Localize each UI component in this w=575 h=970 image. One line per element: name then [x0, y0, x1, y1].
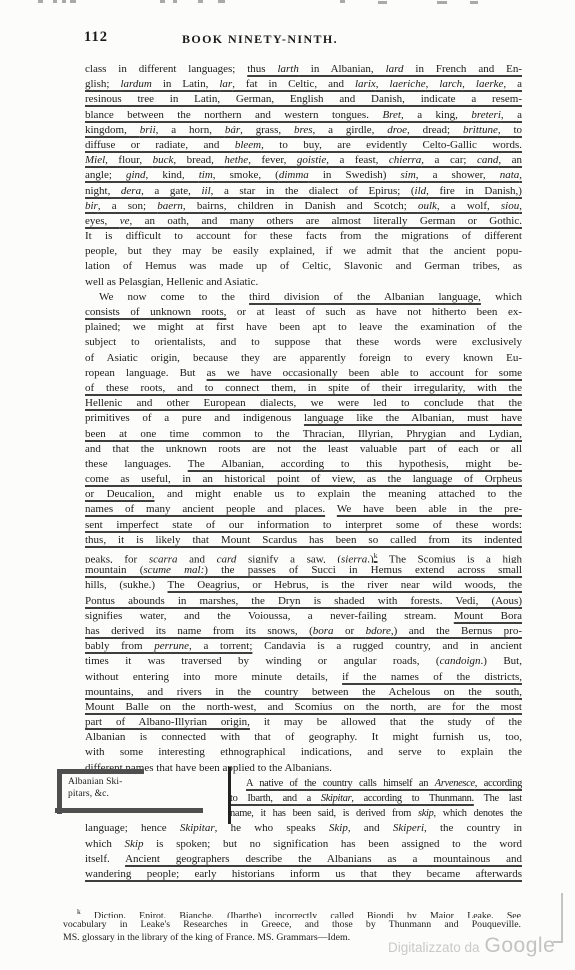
text-segment: , a — [501, 109, 522, 121]
text-segment: angle; — [85, 169, 126, 181]
text-line: consists of unknown roots, or at least o… — [85, 305, 522, 320]
text-segment: as we have occasionally been able to acc… — [207, 367, 522, 379]
text-segment: scarra — [149, 554, 178, 564]
text-segment: Ancient geographers describe the Albania… — [125, 853, 522, 865]
text-segment: chierra — [389, 154, 421, 166]
text-segment: , a girdle, — [313, 124, 388, 136]
text-segment: of these roots, and to connect them, in … — [85, 382, 522, 394]
text-segment: sim — [400, 169, 415, 181]
text-segment: signify a saw, ( — [236, 554, 341, 564]
scan-artifact — [218, 0, 225, 3]
text-segment: name, it has been said, is derived from — [230, 808, 418, 819]
text-segment: , fever, — [248, 154, 297, 166]
text-segment: ild — [415, 185, 427, 197]
scan-edge-mark — [553, 941, 563, 943]
scan-artifact — [160, 0, 165, 3]
text-segment: itself. — [85, 853, 125, 865]
text-segment: primitives of a pure and indigenous — [85, 412, 304, 424]
text-segment: , the country in — [424, 822, 522, 834]
body-text-block: class in different languages; thus larth… — [85, 62, 522, 882]
text-line: Miel, flour, buck, bread, hethe, fever, … — [85, 153, 522, 168]
text-segment: hills, (sukhe.) — [85, 579, 168, 591]
text-line: mountain (scume mal:) the passes of Succ… — [85, 563, 522, 578]
text-segment: signifies water, and the Voioussa, a nev… — [85, 610, 454, 622]
text-segment: laerke — [476, 78, 503, 90]
text-line: people, but they may be easily explained… — [85, 244, 522, 259]
text-segment: in Latin, — [152, 78, 220, 90]
text-line: diffuse or radiate, and bleem, to buy, a… — [85, 138, 522, 153]
text-segment: , — [426, 78, 440, 90]
text-line: hills, (sukhe.) The Oeagrius, or Hebrus,… — [85, 578, 522, 593]
text-segment: dera — [121, 185, 141, 197]
text-line: mountains, and rivers in the country bet… — [85, 685, 522, 700]
text-segment: bleem — [235, 139, 261, 151]
text-segment: bora — [313, 625, 334, 637]
text-segment: night, — [85, 185, 121, 197]
text-segment: cand — [477, 154, 498, 166]
text-line: well as Pelasgian, Hellenic and Asiatic. — [85, 275, 522, 290]
scan-edge-mark — [561, 893, 563, 943]
margin-note-line: pitars, &c. — [68, 789, 122, 801]
text-segment: resinous tree in Latin, German, English … — [85, 93, 522, 105]
text-line: different names that have been applied t… — [85, 761, 522, 776]
text-segment: , a feast, — [326, 154, 389, 166]
text-line: subject to orientalists, and to suppose … — [85, 335, 522, 350]
text-segment: come as useful, in an historical point o… — [85, 473, 522, 485]
text-segment: , an — [498, 154, 522, 166]
text-segment: droe — [387, 124, 407, 136]
text-segment: kingdom, — [85, 124, 140, 136]
text-segment: it may be allowed that the study of the — [250, 716, 522, 728]
text-segment: , a king, — [401, 109, 471, 121]
text-segment: .) But, — [481, 655, 522, 667]
text-segment: hethe — [224, 154, 248, 166]
text-segment: bres — [294, 124, 313, 136]
margin-note-line: Albanian Ski- — [68, 777, 122, 789]
text-segment: ve — [120, 215, 130, 227]
text-segment: Skipitar — [180, 822, 215, 834]
text-line: or Deucalion, and might enable us to exp… — [85, 487, 522, 502]
text-segment: The Scomius is a high — [377, 554, 522, 564]
text-segment: perrune — [154, 640, 189, 652]
text-segment: , to — [498, 124, 522, 136]
text-segment: tim — [199, 169, 213, 181]
text-line: of Asiatic origin, because they are appa… — [85, 351, 522, 366]
text-line: It is difficult to account for these fac… — [85, 229, 522, 244]
text-segment: lardum — [120, 78, 151, 90]
text-line: signifies water, and the Voioussa, a nev… — [85, 609, 522, 624]
text-segment: glish; — [85, 78, 120, 90]
text-segment: brittune — [463, 124, 498, 136]
text-segment: dimma — [279, 169, 309, 181]
text-line: with some interesting ethnographical ind… — [85, 745, 522, 760]
text-segment: , a torrent; — [189, 640, 252, 652]
text-segment: or — [334, 625, 366, 637]
scan-artifact — [437, 1, 447, 4]
text-segment: plained; we might at first have been apt… — [85, 321, 522, 333]
scan-artifact — [198, 0, 203, 3]
text-segment: , dread; — [407, 124, 463, 136]
text-segment: baern — [157, 200, 183, 212]
text-segment: , according to Thunmann. — [351, 793, 474, 804]
text-segment — [325, 503, 337, 515]
text-line: bably from perrune, a torrent; Candavia … — [85, 639, 522, 654]
text-segment: larch — [439, 78, 462, 90]
text-segment: part of Albano-Illyrian origin, — [85, 716, 250, 728]
text-segment: Skip — [329, 822, 348, 834]
text-segment: language; hence — [85, 822, 180, 834]
text-segment: goistie — [297, 154, 326, 166]
text-segment: blance between the northern and western … — [85, 109, 382, 121]
text-line: to Ibarth, and a Skipitar, according to … — [230, 791, 522, 806]
text-segment: Bret — [382, 109, 401, 121]
text-segment: , a car; — [421, 154, 477, 166]
text-segment: Arvenesce — [435, 778, 475, 789]
text-segment: buck — [153, 154, 174, 166]
text-line: night, dera, a gate, iil, a star in the … — [85, 184, 522, 199]
text-line: Pontus abounds in marshes, the Dryn is s… — [85, 594, 522, 609]
text-line: of these roots, and to connect them, in … — [85, 381, 522, 396]
text-segment: has derived its name from its snows, ( — [85, 625, 313, 637]
text-segment: mountains, and rivers in the country bet… — [85, 686, 522, 698]
text-segment: iil — [201, 185, 210, 197]
text-segment: mountain ( — [85, 564, 143, 576]
text-segment: , a — [503, 78, 522, 90]
text-line: A native of the country calls himself an… — [230, 776, 522, 791]
text-segment: siou — [501, 200, 519, 212]
text-segment: Hellenic and other European dialects, we… — [85, 397, 522, 409]
text-line: ropean language. But as we have occasion… — [85, 366, 522, 381]
text-line: glish; lardum in Latin, lar, fat in Celt… — [85, 77, 522, 92]
text-segment: Skip — [125, 838, 144, 850]
text-segment: Mount Balle on the north-west, and Scomi… — [85, 701, 522, 713]
text-segment: and — [178, 554, 217, 564]
text-segment: candoign — [440, 655, 481, 667]
text-segment: bdore — [366, 625, 391, 637]
text-segment: , kind, — [146, 169, 199, 181]
text-segment: , grass, — [240, 124, 294, 136]
text-segment: scume mal: — [143, 564, 204, 576]
text-segment: in French and En- — [404, 63, 522, 75]
text-segment: names of many ancient people and places. — [85, 503, 325, 515]
text-segment: diffuse or radiate, and — [85, 139, 235, 151]
text-segment: , — [376, 78, 390, 90]
text-line: Albanian is connected with that of geogr… — [85, 730, 522, 745]
text-segment: Candavia is a rugged country, and in anc… — [252, 640, 522, 652]
text-segment: gind — [126, 169, 146, 181]
text-line: We now come to the third division of the… — [85, 290, 522, 305]
text-segment: bir — [85, 200, 98, 212]
text-segment: peaks, for — [85, 554, 149, 564]
text-segment: bár — [225, 124, 240, 136]
text-segment: thus — [247, 63, 277, 75]
text-line: thus, it is likely that Mount Scardus ha… — [85, 533, 522, 548]
text-segment: brii — [140, 124, 156, 136]
text-segment: We now come to the — [99, 291, 249, 303]
text-line: part of Albano-Illyrian origin, it may b… — [85, 715, 522, 730]
text-segment: card — [217, 554, 237, 564]
text-line: vocabulary in Leake's Researches in Gree… — [63, 918, 521, 931]
text-segment: The Albanian, according to this hypothes… — [188, 458, 522, 470]
scanned-book-page: 112 BOOK NINETY-NINTH. class in differen… — [0, 0, 575, 970]
text-segment: and that the unknown roots are not the l… — [85, 443, 522, 455]
text-line: class in different languages; thus larth… — [85, 62, 522, 77]
text-line: names of many ancient people and places.… — [85, 502, 522, 517]
running-header-title: BOOK NINETY-NINTH. — [110, 32, 410, 47]
text-segment: , according — [475, 778, 522, 789]
text-segment: or at least of such as have not hitherto… — [226, 306, 522, 318]
text-line: Hellenic and other European dialects, we… — [85, 396, 522, 411]
text-segment: lation of Hemus was made up of Celtic, S… — [85, 260, 522, 272]
text-segment: , an oath, and many others are almost li… — [129, 215, 522, 227]
text-line: angle; gind, kind, tim, smoke, (dimma in… — [85, 168, 522, 183]
text-segment: subject to orientalists, and to suppose … — [85, 336, 522, 348]
text-segment: sent imperfect state of our information … — [85, 519, 522, 531]
text-segment: larix — [355, 78, 376, 90]
text-segment: MS. glossary in the library of the king … — [63, 932, 350, 943]
text-segment: , a wolf, — [437, 200, 501, 212]
text-segment: if the names of the districts, — [342, 671, 522, 683]
text-line: k Diction. Epirot, Bianche, (Ibarthe) in… — [63, 905, 521, 918]
text-segment: lard — [386, 63, 404, 75]
text-segment: language like the Albanian, must have — [304, 412, 522, 424]
text-line: plained; we might at first have been apt… — [85, 320, 522, 335]
page-number: 112 — [84, 29, 108, 46]
text-line: peaks, for scarra and card signify a saw… — [85, 548, 522, 563]
text-segment: which — [85, 838, 125, 850]
text-segment: , bairns, children in Danish and Scotch; — [183, 200, 418, 212]
scan-artifact — [378, 1, 387, 4]
text-segment: , — [462, 78, 476, 90]
text-segment: , a star in the dialect of Epirus; ( — [211, 185, 415, 197]
text-line: has derived its name from its snows, (bo… — [85, 624, 522, 639]
text-segment: to Ibarth, and a — [230, 793, 321, 804]
text-segment: people, but they may be easily explained… — [85, 245, 522, 257]
margin-note-divider-bar — [228, 767, 231, 824]
text-segment: laeriche — [390, 78, 426, 90]
text-segment: class in different languages; — [85, 63, 247, 75]
text-segment: without entering into more minute detail… — [85, 671, 342, 683]
text-segment: , he who speaks — [215, 822, 329, 834]
text-line: wandering people; early historians infor… — [85, 867, 522, 882]
text-segment: oulk — [418, 200, 437, 212]
scan-artifact — [173, 0, 177, 3]
text-segment: , — [519, 169, 522, 181]
text-segment: is spoken; but no signification has been… — [143, 838, 522, 850]
text-segment: and might enable us to explain the meani… — [155, 488, 522, 500]
text-segment: , and — [348, 822, 393, 834]
text-segment: , flour, — [105, 154, 152, 166]
text-line: been at one time common to the Thracian,… — [85, 427, 522, 442]
text-segment: , a gate, — [141, 185, 201, 197]
text-segment: A native of the country calls himself an — [246, 778, 435, 789]
text-line: Mount Balle on the north-west, and Scomi… — [85, 700, 522, 715]
margin-note-box-bottom-rule — [55, 808, 203, 813]
text-segment: thus, it is likely that Mount Scardus ha… — [85, 534, 522, 546]
text-segment: , fat in Celtic, and — [232, 78, 355, 90]
text-segment: times it was traversed by winding or ang… — [85, 655, 440, 667]
scan-artifact — [470, 1, 478, 4]
scan-artifact — [53, 0, 57, 3]
text-segment: , fire in Danish,) — [426, 185, 522, 197]
text-segment: in Swedish) — [309, 169, 401, 181]
text-segment: , a horn, — [156, 124, 225, 136]
text-segment: , which denotes the — [434, 808, 522, 819]
text-line: itself. Ancient geographers describe the… — [85, 852, 522, 867]
text-segment: consists of unknown roots, — [85, 306, 226, 318]
scan-artifact — [340, 0, 345, 3]
text-line: come as useful, in an historical point o… — [85, 472, 522, 487]
text-line: and that the unknown roots are not the l… — [85, 442, 522, 457]
text-segment: Miel — [85, 154, 105, 166]
text-segment: wandering people; early historians infor… — [85, 868, 522, 880]
digitization-watermark: Digitalizzato da Google — [388, 934, 555, 958]
margin-note: Albanian Ski- pitars, &c. — [68, 777, 122, 800]
text-line: resinous tree in Latin, German, English … — [85, 92, 522, 107]
text-segment: eyes, — [85, 215, 120, 227]
text-segment: skip — [418, 808, 434, 819]
scan-artifact — [62, 0, 66, 3]
text-segment: Albanian is connected with that of geogr… — [85, 731, 522, 743]
text-segment: or Deucalion, — [85, 488, 155, 500]
text-segment: sierra — [341, 554, 367, 564]
text-segment: ropean language. But — [85, 367, 207, 379]
text-segment: The Oeagrius, or Hebrus, is the river ne… — [168, 579, 522, 591]
scan-artifact — [38, 0, 43, 3]
text-segment: third division of the Albanian language, — [249, 291, 481, 303]
scan-artifact — [70, 0, 76, 3]
text-line: primitives of a pure and indigenous lang… — [85, 411, 522, 426]
text-segment: these languages. — [85, 458, 188, 470]
text-segment: ,) and the Bernus pro- — [391, 625, 522, 637]
text-line: these languages. The Albanian, according… — [85, 457, 522, 472]
text-segment: lar — [219, 78, 232, 90]
text-line: which Skip is spoken; but no significati… — [85, 837, 522, 852]
text-line: language; hence Skipitar, he who speaks … — [85, 821, 522, 836]
text-segment: , smoke, ( — [213, 169, 279, 181]
text-line: without entering into more minute detail… — [85, 670, 522, 685]
text-segment: Pontus abounds in marshes, the Dryn is s… — [85, 595, 522, 607]
text-segment: , — [519, 200, 522, 212]
text-segment: , a son; — [98, 200, 157, 212]
text-segment: well as Pelasgian, Hellenic and Asiatic. — [85, 276, 258, 288]
text-segment: Skiperi — [393, 822, 424, 834]
text-segment: The last — [474, 793, 522, 804]
text-segment: ) the passes of Succi in Hemus extend ac… — [204, 564, 522, 576]
text-line: name, it has been said, is derived from … — [230, 806, 522, 821]
text-line: blance between the northern and western … — [85, 108, 522, 123]
text-segment: , bread, — [173, 154, 224, 166]
watermark-text: Digitalizzato da — [388, 940, 480, 955]
text-segment: vocabulary in Leake's Researches in Gree… — [63, 919, 521, 930]
text-segment: Mount Bora — [454, 610, 522, 622]
text-line: lation of Hemus was made up of Celtic, S… — [85, 259, 522, 274]
text-segment: nata — [500, 169, 520, 181]
text-line: eyes, ve, an oath, and many others are a… — [85, 214, 522, 229]
text-segment: We have been able in the pre- — [337, 503, 522, 515]
text-segment: , a shower, — [416, 169, 500, 181]
text-segment: Skipitar — [321, 793, 352, 804]
text-segment: bably from — [85, 640, 154, 652]
text-segment: which — [481, 291, 522, 303]
text-segment: It is difficult to account for these fac… — [85, 230, 522, 242]
text-line: bir, a son; baern, bairns, children in D… — [85, 199, 522, 214]
text-line: kingdom, brii, a horn, bár, grass, bres,… — [85, 123, 522, 138]
text-segment: of Asiatic origin, because they are appa… — [85, 352, 522, 364]
text-segment: with some interesting ethnographical ind… — [85, 746, 522, 758]
text-line: times it was traversed by winding or ang… — [85, 654, 522, 669]
google-logo-text: Google — [485, 934, 556, 958]
text-segment: Diction. Epirot, Bianche, (Ibarthe) inco… — [81, 910, 521, 918]
text-segment: , to buy, are evidently Celto-Gallic wor… — [261, 139, 522, 151]
text-segment: been at one time common to the Thracian,… — [85, 428, 522, 440]
text-line: sent imperfect state of our information … — [85, 518, 522, 533]
text-segment: in Albanian, — [299, 63, 386, 75]
text-segment: larth — [277, 63, 298, 75]
text-segment: breteri — [471, 109, 501, 121]
